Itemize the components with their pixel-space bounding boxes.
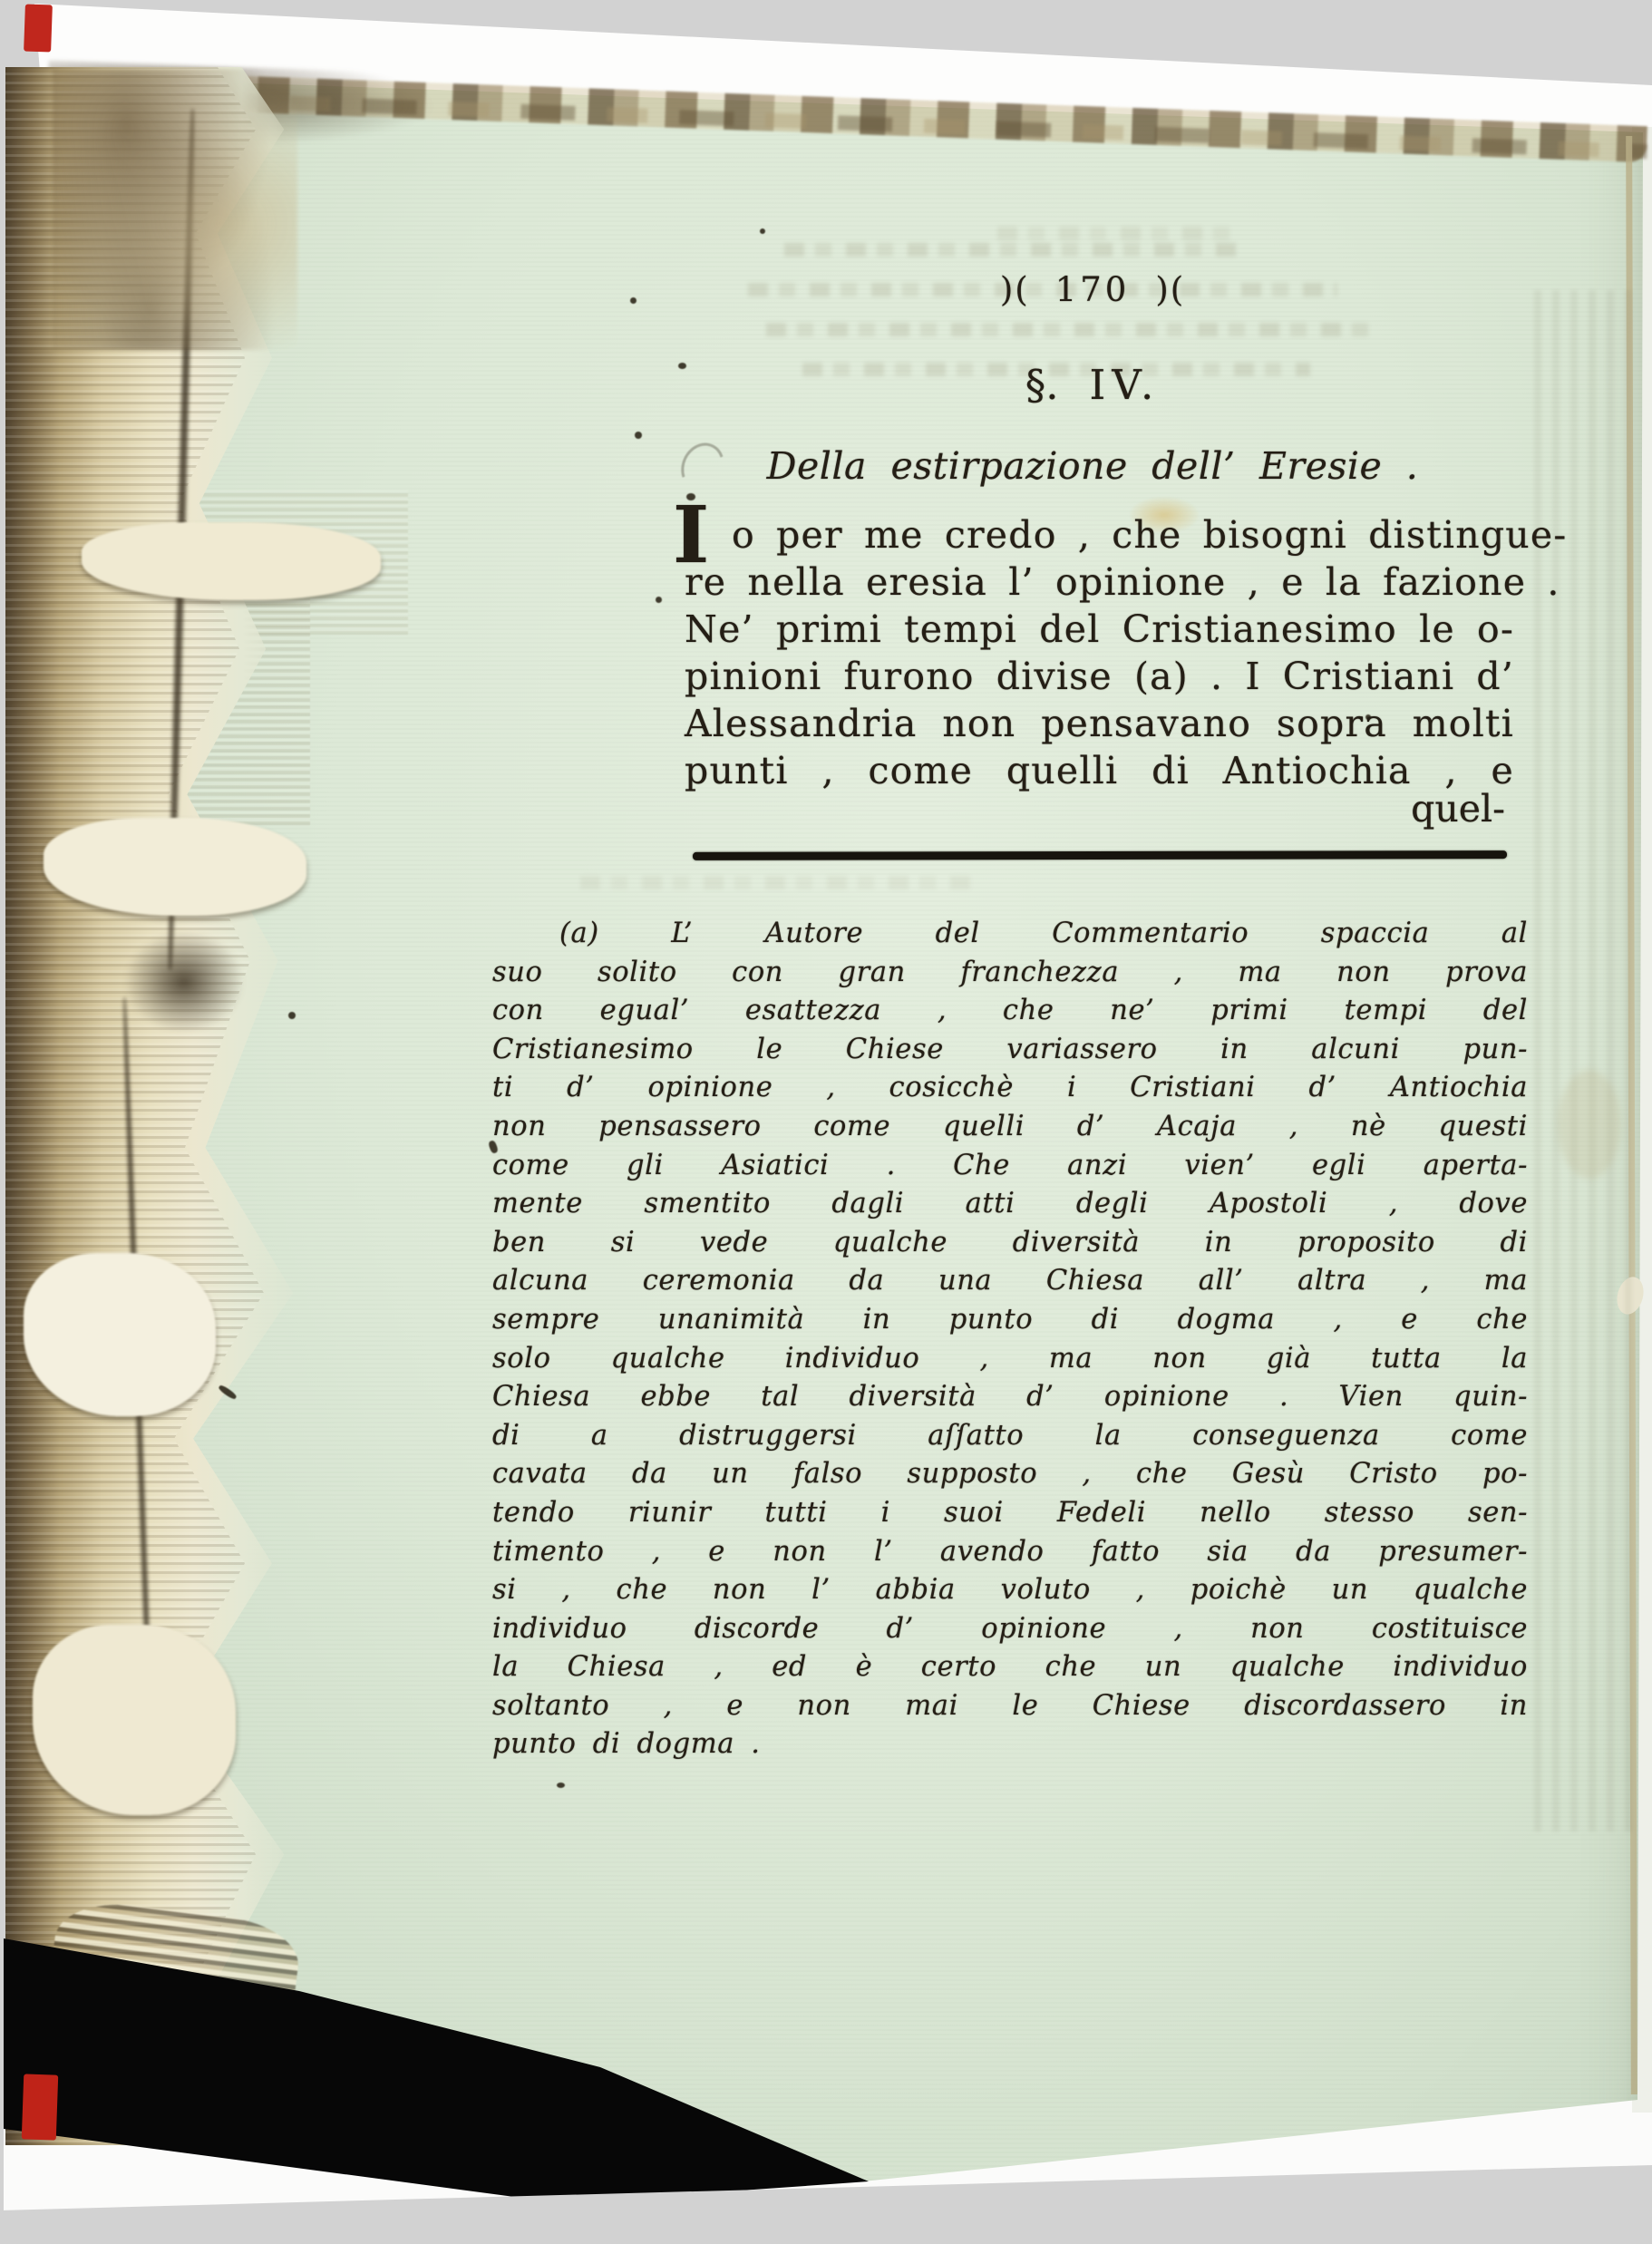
deckle-layer-tab (33, 1625, 236, 1815)
body-line: Ne’ primi tempi del Cristianesimo le o- (685, 606, 1514, 653)
body-line: o per me credo , che bisogni distingue- (685, 511, 1514, 559)
footnote-line: tendo riunir tutti i suoi Fedeli nello s… (492, 1494, 1528, 1533)
paper-stain (1558, 1070, 1621, 1179)
red-registration-mark-bottom (22, 2074, 58, 2140)
scanned-book-page: )(170)( §.IV. Della estirpazione dell’ E… (0, 0, 1652, 2244)
ink-speck (288, 1012, 296, 1019)
body-line: re nella eresia l’ opinione , e la fazio… (685, 559, 1514, 606)
red-registration-mark-top (24, 4, 53, 52)
footnote-line: di a distruggersi aſſatto la conseguenza… (492, 1417, 1528, 1456)
footnote-line: Cristianesimo le Chiese variassero in al… (492, 1031, 1528, 1070)
footnote-rule (693, 850, 1507, 860)
footnote-line: (a) L’ Autore del Commentario spaccia al (492, 915, 1528, 954)
bleedthrough-ghost-line (580, 876, 970, 889)
body-text: o per me credo , che bisogni distingue- … (685, 511, 1514, 794)
bleedthrough-ghost-line (997, 227, 1233, 240)
ink-speck (656, 597, 662, 603)
bleedthrough-ghost-line (784, 243, 1238, 257)
footnote-line: soltanto , e non mai le Chiese discordas… (492, 1687, 1528, 1726)
page-number: 170 (1055, 270, 1131, 309)
ink-speck (760, 228, 765, 234)
section-mark: §. (1025, 361, 1059, 409)
deckle-layer-tab (44, 818, 306, 916)
bleedthrough-ghost-line (766, 323, 1369, 336)
deckle-layer-tab (82, 522, 381, 600)
footnote-line: ti d’ opinione , cosicchè i Cristiani d’… (492, 1069, 1528, 1108)
deckle-mottle (53, 69, 297, 350)
footnote-line: si , che non l’ abbia voluto , poichè un… (492, 1571, 1528, 1610)
footnote-line: timento , e non l’ avendo fatto sia da p… (492, 1533, 1528, 1572)
footnote-line: ben si vede qualche diversità in proposi… (492, 1224, 1528, 1263)
deckle-layer-tab (24, 1253, 216, 1416)
footnote-line: come gli Asiatici . Che anzi vien’ egli … (492, 1147, 1528, 1186)
footnote-line: cavata da un falso supposto , che Gesù C… (492, 1455, 1528, 1494)
body-line: Alessandria non pensavano sopra molti (685, 700, 1514, 747)
footnote-line: mente smentito dagli atti degli Apostoli… (492, 1185, 1528, 1224)
section-heading: §.IV. (635, 361, 1550, 409)
footnote-line: Chiesa ebbe tal diversità d’ opinione . … (492, 1378, 1528, 1417)
ink-speck (635, 432, 642, 439)
ink-speck (557, 1783, 565, 1788)
deckle-dark-recess (125, 932, 243, 1032)
footnote-line: suo solito con gran franchezza , ma non … (492, 954, 1528, 993)
footnote-line: con egual’ esattezza , che ne’ primi tem… (492, 992, 1528, 1031)
chapter-title: Della estirpazione dell’ Eresie . (635, 444, 1550, 488)
body-line: pinioni furono divise (a) . I Cristiani … (685, 653, 1514, 700)
footnote: (a) L’ Autore del Commentario spaccia al… (492, 915, 1528, 1764)
catchword: quel- (685, 785, 1511, 832)
footnote-line: punto di dogma . (492, 1725, 1528, 1764)
footnote-line: solo qualche individuo , ma non già tutt… (492, 1340, 1528, 1379)
footnote-line: alcuna ceremonia da una Chiesa all’ altr… (492, 1262, 1528, 1301)
footnote-line: la Chiesa , ed è certo che un qualche in… (492, 1648, 1528, 1687)
footnote-line: sempre unanimità in punto di dogma , e c… (492, 1301, 1528, 1340)
footnote-line: non pensassero come quelli d’ Acaja , nè… (492, 1108, 1528, 1147)
header-ornament-right: )( (1155, 270, 1185, 309)
header-ornament-left: )( (1000, 270, 1030, 309)
page-header: )(170)( (635, 270, 1550, 309)
footnote-line: individuo discorde d’ opinione , non cos… (492, 1610, 1528, 1649)
section-number: IV. (1090, 361, 1161, 409)
